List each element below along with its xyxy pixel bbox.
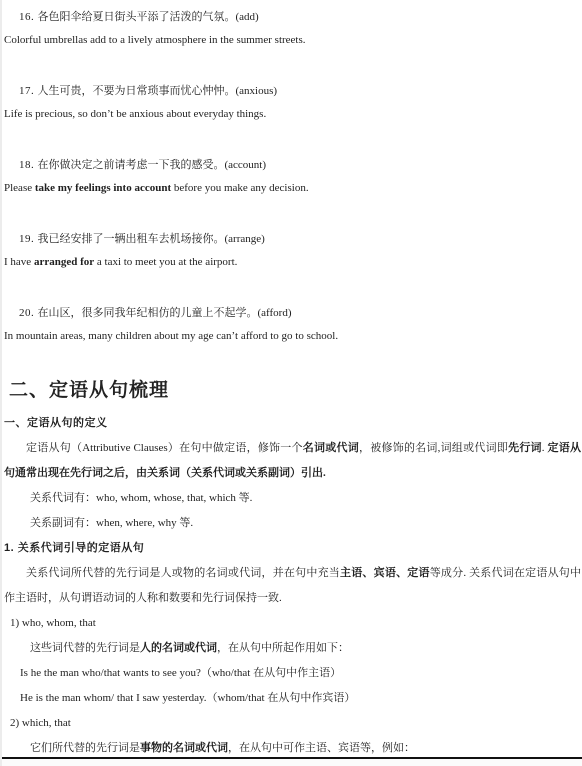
bold-text: take my feelings into account [35,182,171,194]
bold-text: 1. 关系代词引导的定语从句 [4,542,144,554]
text: Life is precious, so don’t be anxious ab… [4,108,266,120]
exercise-answer: Please take my feelings into account bef… [4,177,580,200]
bold-text: 先行词 [508,442,542,454]
exercise-item: 19. 我已经安排了一辆出租车去机场接你。(arrange)I have arr… [4,228,580,274]
text: 2) which, that [10,717,71,729]
grammar-line: 定语从句（Attributive Clauses）在句中做定语，修饰一个名词或代… [4,436,582,486]
text: I have [4,256,34,268]
page-bottom-margin [2,759,582,766]
exercise-item: 17. 人生可贵，不要为日常琐事而忧心忡忡。(anxious)Life is p… [4,80,580,126]
exercise-answer: In mountain areas, many children about m… [4,325,580,348]
exercise-number: 18. [19,159,38,171]
document-page: 16. 各色阳伞给夏日街头平添了活泼的气氛。(add)Colorful umbr… [0,0,582,766]
exercise-prompt: 17. 人生可贵，不要为日常琐事而忧心忡忡。(anxious) [4,80,580,103]
exercise-prompt-text: 在你做决定之前请考虑一下我的感受。(account) [38,159,267,171]
text: Please [4,182,35,194]
exercise-prompt-text: 我已经安排了一辆出租车去机场接你。(arrange) [38,233,265,245]
bold-text: 人的名词或代词 [140,642,217,654]
bold-text: 事物的名词或代词 [140,742,228,754]
exercise-number: 20. [19,307,38,319]
text: ，被修饰的名词,词组或代词即 [359,442,508,454]
exercise-prompt: 20. 在山区，很多同我年纪相仿的儿童上不起学。(afford) [4,302,580,325]
grammar-line: 这些词代替的先行词是人的名词或代词，在从句中所起作用如下： [4,636,582,661]
grammar-line: Is he the man who/that wants to see you?… [4,661,582,686]
exercise-number: 16. [19,11,38,23]
exercise-item: 16. 各色阳伞给夏日街头平添了活泼的气氛。(add)Colorful umbr… [4,6,580,52]
exercise-item: 20. 在山区，很多同我年纪相仿的儿童上不起学。(afford)In mount… [4,302,580,348]
exercise-prompt-text: 在山区，很多同我年纪相仿的儿童上不起学。(afford) [38,307,292,319]
section-heading: 二、定语从句梳理 [2,376,582,406]
grammar-line: 关系代词所代替的先行词是人或物的名词或代词，并在句中充当主语、宾语、定语等成分.… [4,561,582,611]
text: 关系副词有：when, where, why 等. [30,517,193,529]
grammar-line: 一、定语从句的定义 [4,411,582,436]
bold-text: 主语、宾语、定语 [340,567,430,579]
text: a taxi to meet you at the airport. [94,256,237,268]
exercise-number: 17. [19,85,38,97]
bold-text: 一、定语从句的定义 [4,417,108,429]
text: 这些词代替的先行词是 [30,642,140,654]
exercise-answer: I have arranged for a taxi to meet you a… [4,251,580,274]
grammar-line: 2) which, that [4,711,582,736]
text: Colorful umbrellas add to a lively atmos… [4,34,306,46]
bold-text: arranged for [34,256,94,268]
text: In mountain areas, many children about m… [4,330,338,342]
text: 关系代词有：who, whom, whose, that, which 等. [30,492,252,504]
grammar-line: 关系代词有：who, whom, whose, that, which 等. [4,486,582,511]
grammar-line: 关系副词有：when, where, why 等. [4,511,582,536]
text: ，在从句中所起作用如下： [217,642,349,654]
text: He is the man whom/ that I saw yesterday… [20,692,355,704]
exercise-answer: Life is precious, so don’t be anxious ab… [4,103,580,126]
translation-exercise-list: 16. 各色阳伞给夏日街头平添了活泼的气氛。(add)Colorful umbr… [2,0,582,348]
exercise-answer: Colorful umbrellas add to a lively atmos… [4,29,580,52]
text: Is he the man who/that wants to see you?… [20,667,341,679]
exercise-number: 19. [19,233,38,245]
grammar-line: He is the man whom/ that I saw yesterday… [4,686,582,711]
exercise-prompt-text: 各色阳伞给夏日街头平添了活泼的气氛。(add) [38,11,259,23]
text: 定语从句（Attributive Clauses）在句中做定语，修饰一个 [26,442,303,454]
text: before you make any decision. [171,182,308,194]
grammar-line: 1) who, whom, that [4,611,582,636]
grammar-line: 1. 关系代词引导的定语从句 [4,536,582,561]
text: ，在从句中可作主语、宾语等，例如： [228,742,415,754]
exercise-prompt: 19. 我已经安排了一辆出租车去机场接你。(arrange) [4,228,580,251]
exercise-prompt: 16. 各色阳伞给夏日街头平添了活泼的气氛。(add) [4,6,580,29]
exercise-prompt-text: 人生可贵，不要为日常琐事而忧心忡忡。(anxious) [38,85,278,97]
exercise-prompt: 18. 在你做决定之前请考虑一下我的感受。(account) [4,154,580,177]
text: 关系代词所代替的先行词是人或物的名词或代词，并在句中充当 [26,567,340,579]
bold-text: 名词或代词 [303,442,359,454]
grammar-notes-section: 一、定语从句的定义定语从句（Attributive Clauses）在句中做定语… [2,406,582,761]
text: 1) who, whom, that [10,617,96,629]
text: 它们所代替的先行词是 [30,742,140,754]
exercise-item: 18. 在你做决定之前请考虑一下我的感受。(account)Please tak… [4,154,580,200]
